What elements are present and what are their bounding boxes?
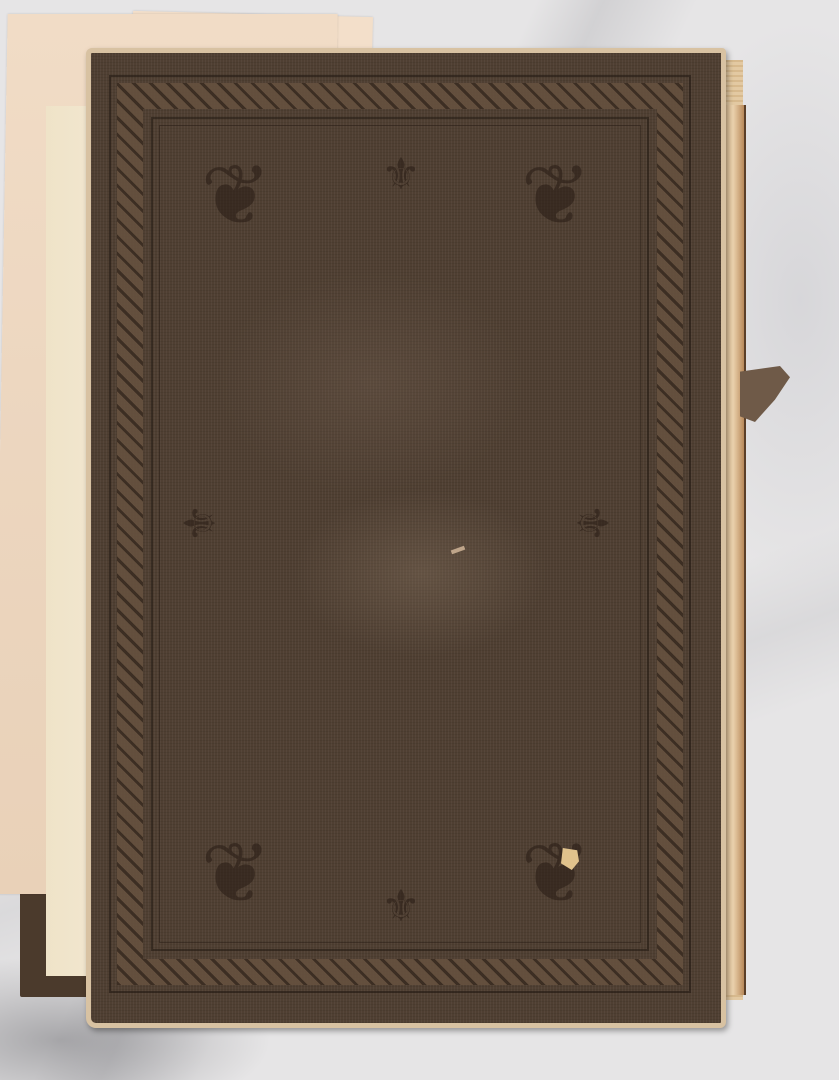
fleur-icon: ⚜ [171, 493, 231, 553]
corner-ornament-icon: ❦ [181, 145, 291, 245]
fleur-icon: ⚜ [561, 493, 621, 553]
fleur-icon: ⚜ [371, 145, 431, 205]
corner-ornament-icon: ❦ [501, 145, 611, 245]
corner-ornament-icon: ❦ [181, 823, 291, 923]
marble-background: ❦ ❦ ❦ ❦ ⚜ ⚜ ⚜ ⚜ [0, 0, 839, 1080]
torn-cloth-flap [740, 366, 790, 422]
fleur-icon: ⚜ [371, 877, 431, 937]
book-cover: ❦ ❦ ❦ ❦ ⚜ ⚜ ⚜ ⚜ [86, 48, 726, 1028]
corner-ornament-icon: ❦ [501, 823, 611, 923]
